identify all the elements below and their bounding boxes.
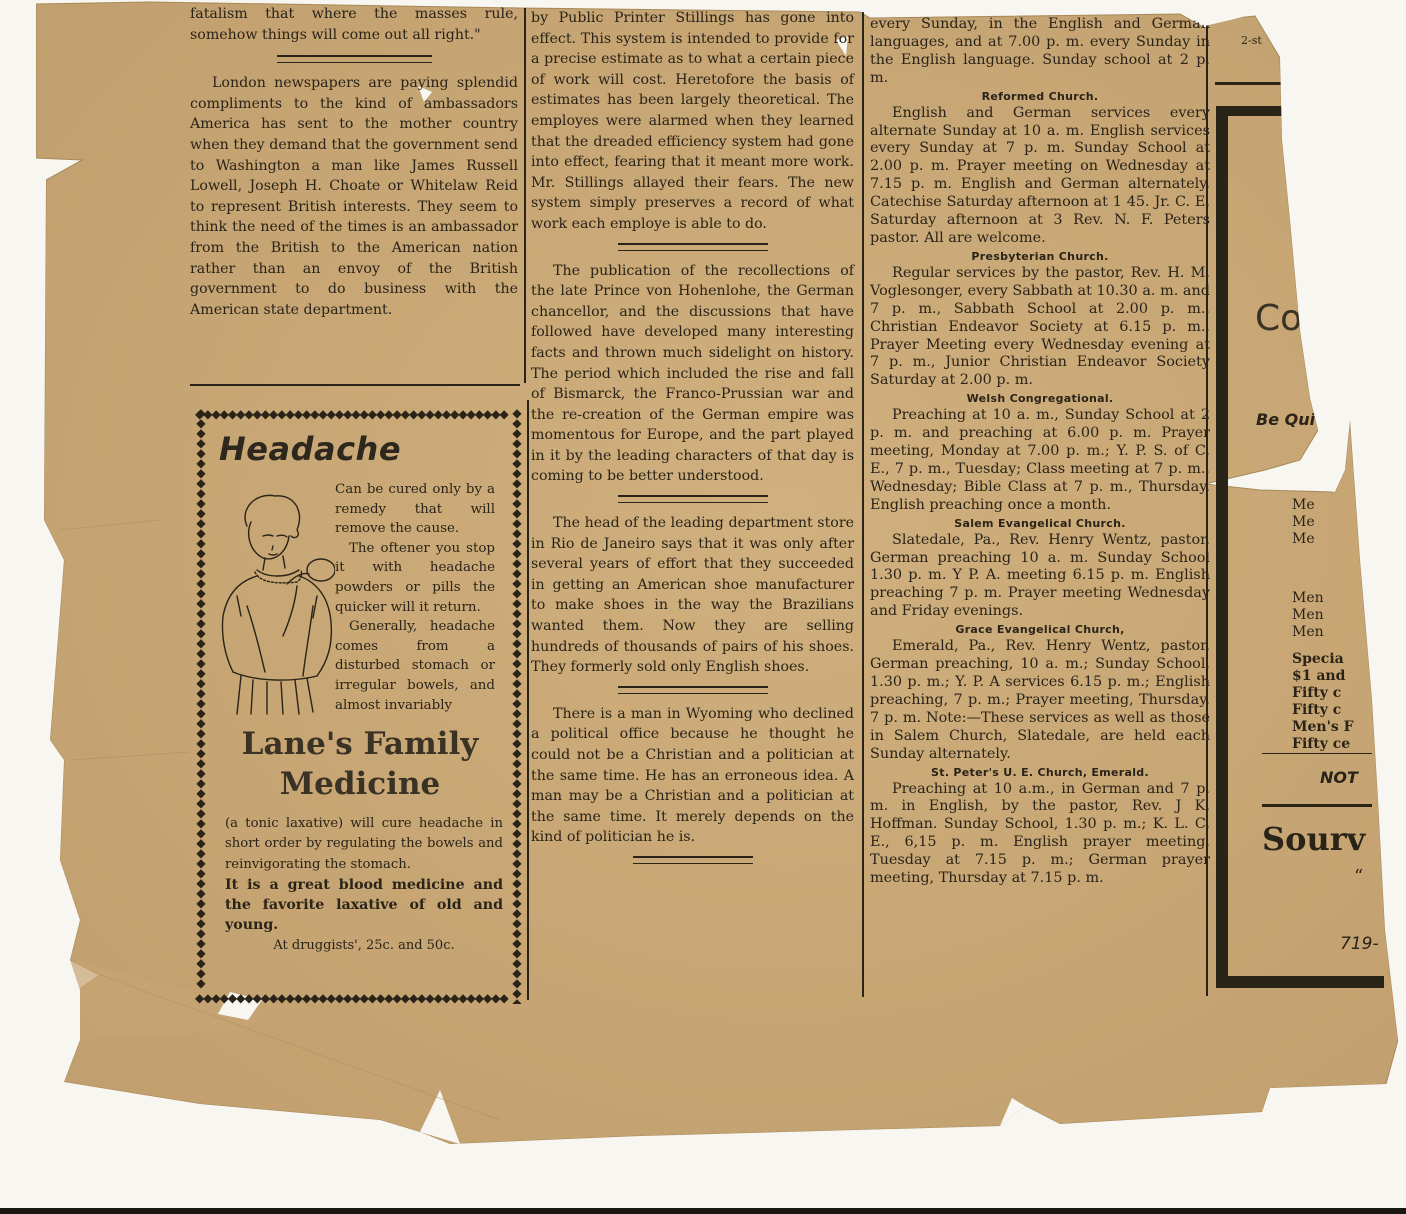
torn-edge-mask [0, 0, 1406, 1214]
